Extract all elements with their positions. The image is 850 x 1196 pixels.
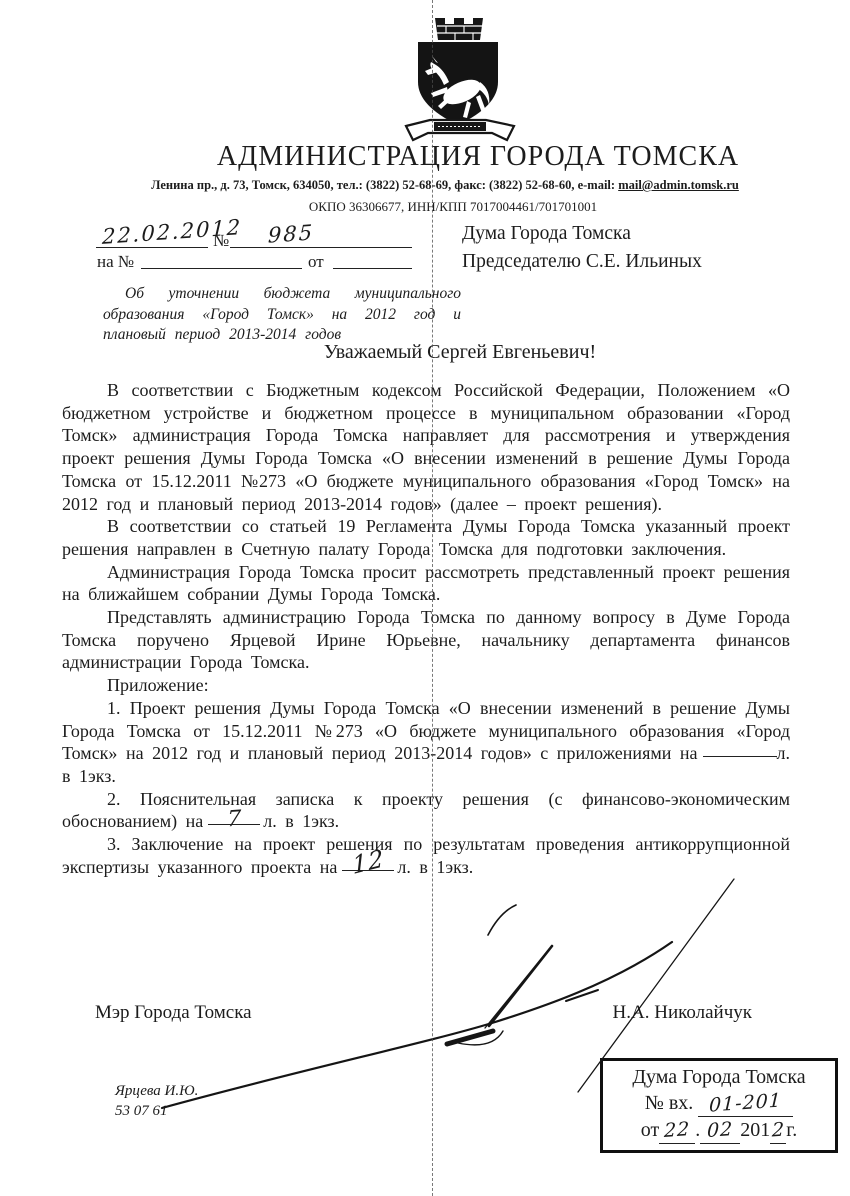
letter-body: В соответствии с Бюджетным кодексом Росс… <box>62 379 790 878</box>
stamp-incoming-label: № вх. <box>645 1092 694 1114</box>
signer-position: Мэр Города Томска <box>62 1002 252 1024</box>
organization-name: АДМИНИСТРАЦИЯ ГОРОДА ТОМСКА <box>0 141 850 173</box>
coat-of-arms <box>398 10 522 142</box>
contact-line: Ленина пр., д. 73, Томск, 634050, тел.: … <box>0 178 850 193</box>
incoming-stamp: Дума Города Томска № вх. 01-201 от22.022… <box>600 1058 838 1153</box>
attachment-2-pages-handwritten: 7 <box>227 815 242 826</box>
reply-from-label: от <box>308 252 324 272</box>
executor-block: Ярцева И.Ю. 53 07 61 <box>115 1081 198 1121</box>
attachment-2-suffix: л. в 1экз. <box>263 811 339 831</box>
paragraph-2: В соответствии со статьей 19 Регламента … <box>62 515 790 560</box>
attachment-1-text: 1. Проект решения Думы Города Томска «О … <box>62 698 790 763</box>
ribbon-icon <box>406 120 514 140</box>
stamp-incoming-underline: 01-201 <box>698 1090 793 1117</box>
attachment-3: 3. Заключение на проект решения по резул… <box>62 833 790 878</box>
reply-to-label: на № <box>97 252 134 272</box>
stamp-organization: Дума Города Томска <box>607 1064 831 1090</box>
reply-number-underline <box>141 268 302 269</box>
attachment-1-pages-blank <box>703 742 777 757</box>
signer-name: Н.А. Николайчук <box>613 1002 752 1024</box>
number-sign-label: № <box>213 231 229 251</box>
registration-codes-line: ОКПО 36306677, ИНН/КПП 7017004461/701701… <box>0 199 850 215</box>
mural-crown-icon <box>435 18 483 40</box>
attachment-2-text: 2. Пояснительная записка к проекту решен… <box>62 789 790 832</box>
signature-row: Мэр Города Томска Н.А. Николайчук <box>62 1002 752 1024</box>
number-underline <box>230 247 412 248</box>
stamp-from-label: от <box>641 1119 659 1141</box>
date-underline <box>96 247 208 248</box>
stamp-year-underline: 2 <box>770 1117 786 1144</box>
paragraph-4: Представлять администрацию Города Томска… <box>62 606 790 674</box>
fold-line <box>432 0 433 1196</box>
address-text: Ленина пр., д. 73, Томск, 634050, тел.: … <box>151 178 618 192</box>
addressee-person: Председателю С.Е. Ильиных <box>462 248 702 276</box>
addressee-organization: Дума Города Томска <box>462 220 702 248</box>
subject-line: Об уточнении бюджета муниципального обра… <box>103 284 461 346</box>
paragraph-1: В соответствии с Бюджетным кодексом Росс… <box>62 379 790 515</box>
stamp-year-printed: 201 <box>740 1119 770 1141</box>
stamp-year-suffix: г. <box>786 1119 797 1141</box>
reply-date-underline <box>333 268 412 269</box>
email-text: mail@admin.tomsk.ru <box>618 178 739 192</box>
stamp-month-handwritten: 02 <box>707 1116 734 1144</box>
salutation: Уважаемый Сергей Евгеньевич! <box>0 341 850 364</box>
handwritten-date: 22.02.2012 <box>102 217 213 249</box>
executor-phone: 53 07 61 <box>115 1101 198 1121</box>
stamp-month-underline: 02 <box>700 1117 740 1144</box>
stamp-date-line: от22.022012г. <box>607 1117 831 1144</box>
attachment-3-pages-blank: 12 <box>342 856 394 871</box>
scanned-letter-page: АДМИНИСТРАЦИЯ ГОРОДА ТОМСКА Ленина пр., … <box>0 0 850 1196</box>
stamp-day-handwritten: 22 <box>664 1116 691 1144</box>
attachment-2-pages-blank: 7 <box>208 810 260 825</box>
handwritten-number: 985 <box>268 220 315 247</box>
attachments-label: Приложение: <box>62 674 790 697</box>
paragraph-3: Администрация Города Томска просит рассм… <box>62 561 790 606</box>
attachment-3-suffix: л. в 1экз. <box>397 857 473 877</box>
attachment-3-pages-handwritten: 12 <box>352 853 384 871</box>
addressee-block: Дума Города Томска Председателю С.Е. Иль… <box>462 220 702 276</box>
stamp-incoming-line: № вх. 01-201 <box>607 1090 831 1117</box>
stamp-day-underline: 22 <box>659 1117 695 1144</box>
attachment-2: 2. Пояснительная записка к проекту решен… <box>62 788 790 833</box>
stamp-incoming-number-handwritten: 01-201 <box>709 1087 783 1118</box>
stamp-year-handwritten: 2 <box>771 1116 785 1143</box>
executor-name: Ярцева И.Ю. <box>115 1081 198 1101</box>
attachment-1: 1. Проект решения Думы Города Томска «О … <box>62 697 790 788</box>
